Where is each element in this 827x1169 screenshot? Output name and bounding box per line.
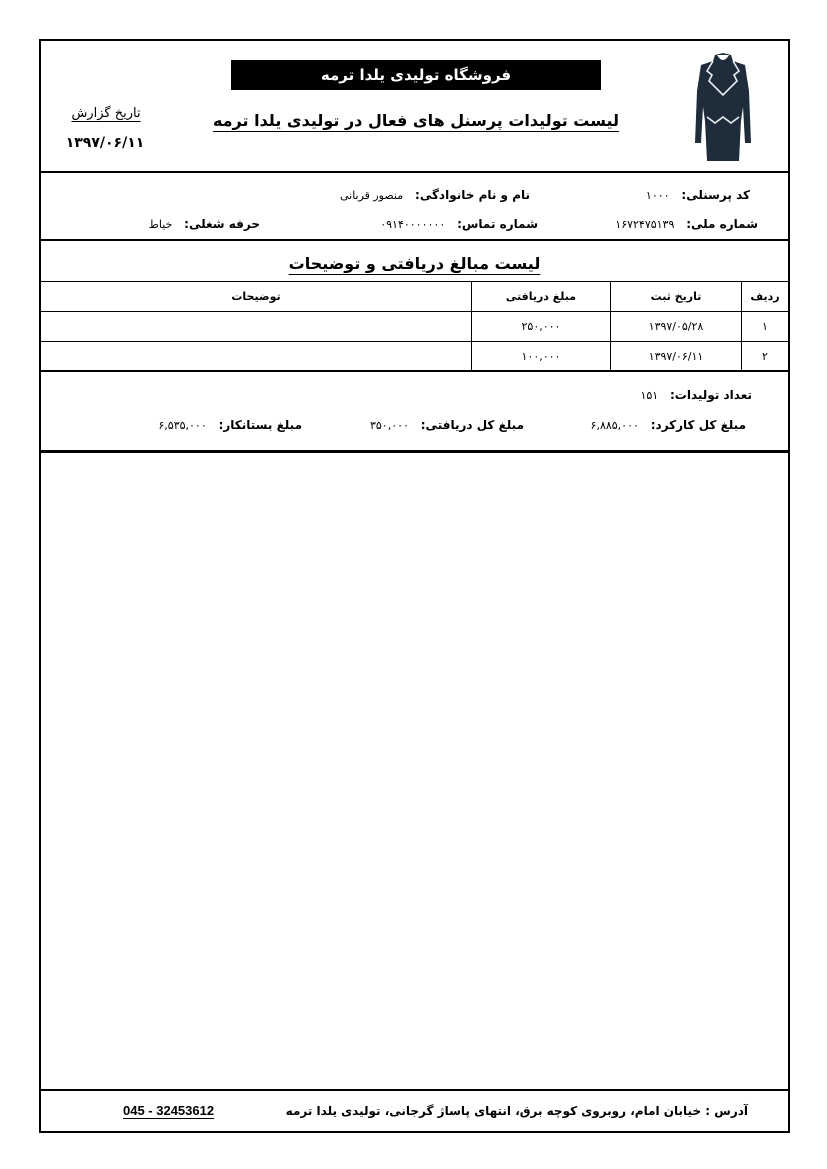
- report-date-value: ۱۳۹۷/۰۶/۱۱: [55, 135, 155, 151]
- personnel-code-label: کد پرسنلی:: [681, 188, 750, 202]
- receipts-table: ردیف تاریخ ثبت مبلغ دریافتی توضیحات ۱ ۱۳…: [41, 281, 788, 372]
- full-name-label: نام و نام خانوادگی:: [415, 188, 530, 202]
- report-date-label-text: تاریخ گزارش: [71, 106, 140, 121]
- job-field: حرفه شغلی: خیاط: [149, 217, 260, 231]
- document-title-text: لیست تولیدات پرسنل های فعال در تولیدی یل…: [213, 111, 619, 130]
- column-header-notes: توضیحات: [41, 282, 472, 312]
- total-received-value: ۳۵۰,۰۰۰: [370, 419, 409, 432]
- row-index: ۲: [742, 342, 789, 372]
- table-row: ۱ ۱۳۹۷/۰۵/۲۸ ۲۵۰,۰۰۰: [41, 312, 788, 342]
- phone-field: شماره تماس: ۰۹۱۴۰۰۰۰۰۰۰: [380, 217, 538, 231]
- phone-value: ۰۹۱۴۰۰۰۰۰۰۰: [380, 218, 445, 231]
- total-work-value: ۶,۸۸۵,۰۰۰: [591, 419, 639, 432]
- receipts-title-text: لیست مبالغ دریافتی و توضیحات: [289, 254, 541, 273]
- women-suit-icon: [693, 51, 753, 163]
- national-id-field: شماره ملی: ۱۶۷۲۴۷۵۱۳۹: [615, 217, 758, 231]
- personnel-code-field: کد پرسنلی: ۱۰۰۰: [646, 188, 750, 202]
- report-header: فروشگاه تولیدی یلدا ترمه لیست تولیدات پر…: [41, 41, 788, 173]
- row-amount: ۱۰۰,۰۰۰: [472, 342, 611, 372]
- total-work-label: مبلغ کل کارکرد:: [651, 418, 746, 432]
- production-count-label: تعداد تولیدات:: [670, 388, 752, 402]
- address-text: آدرس : خیابان امام، روبروی کوچه برق، انت…: [286, 1104, 748, 1118]
- full-name-field: نام و نام خانوادگی: منصور قربانی: [340, 188, 530, 202]
- table-row: ۲ ۱۳۹۷/۰۶/۱۱ ۱۰۰,۰۰۰: [41, 342, 788, 372]
- full-name-value: منصور قربانی: [340, 189, 403, 202]
- production-count-value: ۱۵۱: [640, 389, 658, 402]
- phone-label: شماره تماس:: [457, 217, 538, 231]
- row-index: ۱: [742, 312, 789, 342]
- job-value: خیاط: [149, 218, 173, 231]
- national-id-label: شماره ملی:: [686, 217, 758, 231]
- total-received-field: مبلغ کل دریافتی: ۳۵۰,۰۰۰: [370, 418, 524, 432]
- row-amount: ۲۵۰,۰۰۰: [472, 312, 611, 342]
- document-title: لیست تولیدات پرسنل های فعال در تولیدی یل…: [201, 111, 631, 130]
- table-header-row: ردیف تاریخ ثبت مبلغ دریافتی توضیحات: [41, 282, 788, 312]
- shop-name-banner: فروشگاه تولیدی یلدا ترمه: [231, 60, 601, 90]
- production-count-field: تعداد تولیدات: ۱۵۱: [640, 388, 752, 402]
- row-date: ۱۳۹۷/۰۵/۲۸: [611, 312, 742, 342]
- column-header-date: تاریخ ثبت: [611, 282, 742, 312]
- column-header-index: ردیف: [742, 282, 789, 312]
- total-work-field: مبلغ کل کارکرد: ۶,۸۸۵,۰۰۰: [591, 418, 746, 432]
- report-date-label: تاریخ گزارش: [61, 106, 151, 121]
- column-header-amount: مبلغ دریافتی: [472, 282, 611, 312]
- row-date: ۱۳۹۷/۰۶/۱۱: [611, 342, 742, 372]
- job-label: حرفه شغلی:: [184, 217, 260, 231]
- row-notes: [41, 342, 472, 372]
- row-notes: [41, 312, 472, 342]
- total-received-label: مبلغ کل دریافتی:: [421, 418, 524, 432]
- personnel-info: کد پرسنلی: ۱۰۰۰ نام و نام خانوادگی: منصو…: [41, 173, 788, 241]
- receipts-title: لیست مبالغ دریافتی و توضیحات: [41, 241, 788, 281]
- credit-field: مبلغ بستانکار: ۶,۵۳۵,۰۰۰: [158, 418, 302, 432]
- summary-section: تعداد تولیدات: ۱۵۱ مبلغ کل کارکرد: ۶,۸۸۵…: [41, 370, 788, 453]
- report-page: فروشگاه تولیدی یلدا ترمه لیست تولیدات پر…: [39, 39, 790, 1133]
- footer-phone: 045 - 32453612: [123, 1103, 214, 1118]
- personnel-code-value: ۱۰۰۰: [646, 189, 670, 202]
- national-id-value: ۱۶۷۲۴۷۵۱۳۹: [615, 218, 674, 231]
- credit-value: ۶,۵۳۵,۰۰۰: [158, 419, 206, 432]
- credit-label: مبلغ بستانکار:: [219, 418, 302, 432]
- report-footer: آدرس : خیابان امام، روبروی کوچه برق، انت…: [41, 1089, 788, 1133]
